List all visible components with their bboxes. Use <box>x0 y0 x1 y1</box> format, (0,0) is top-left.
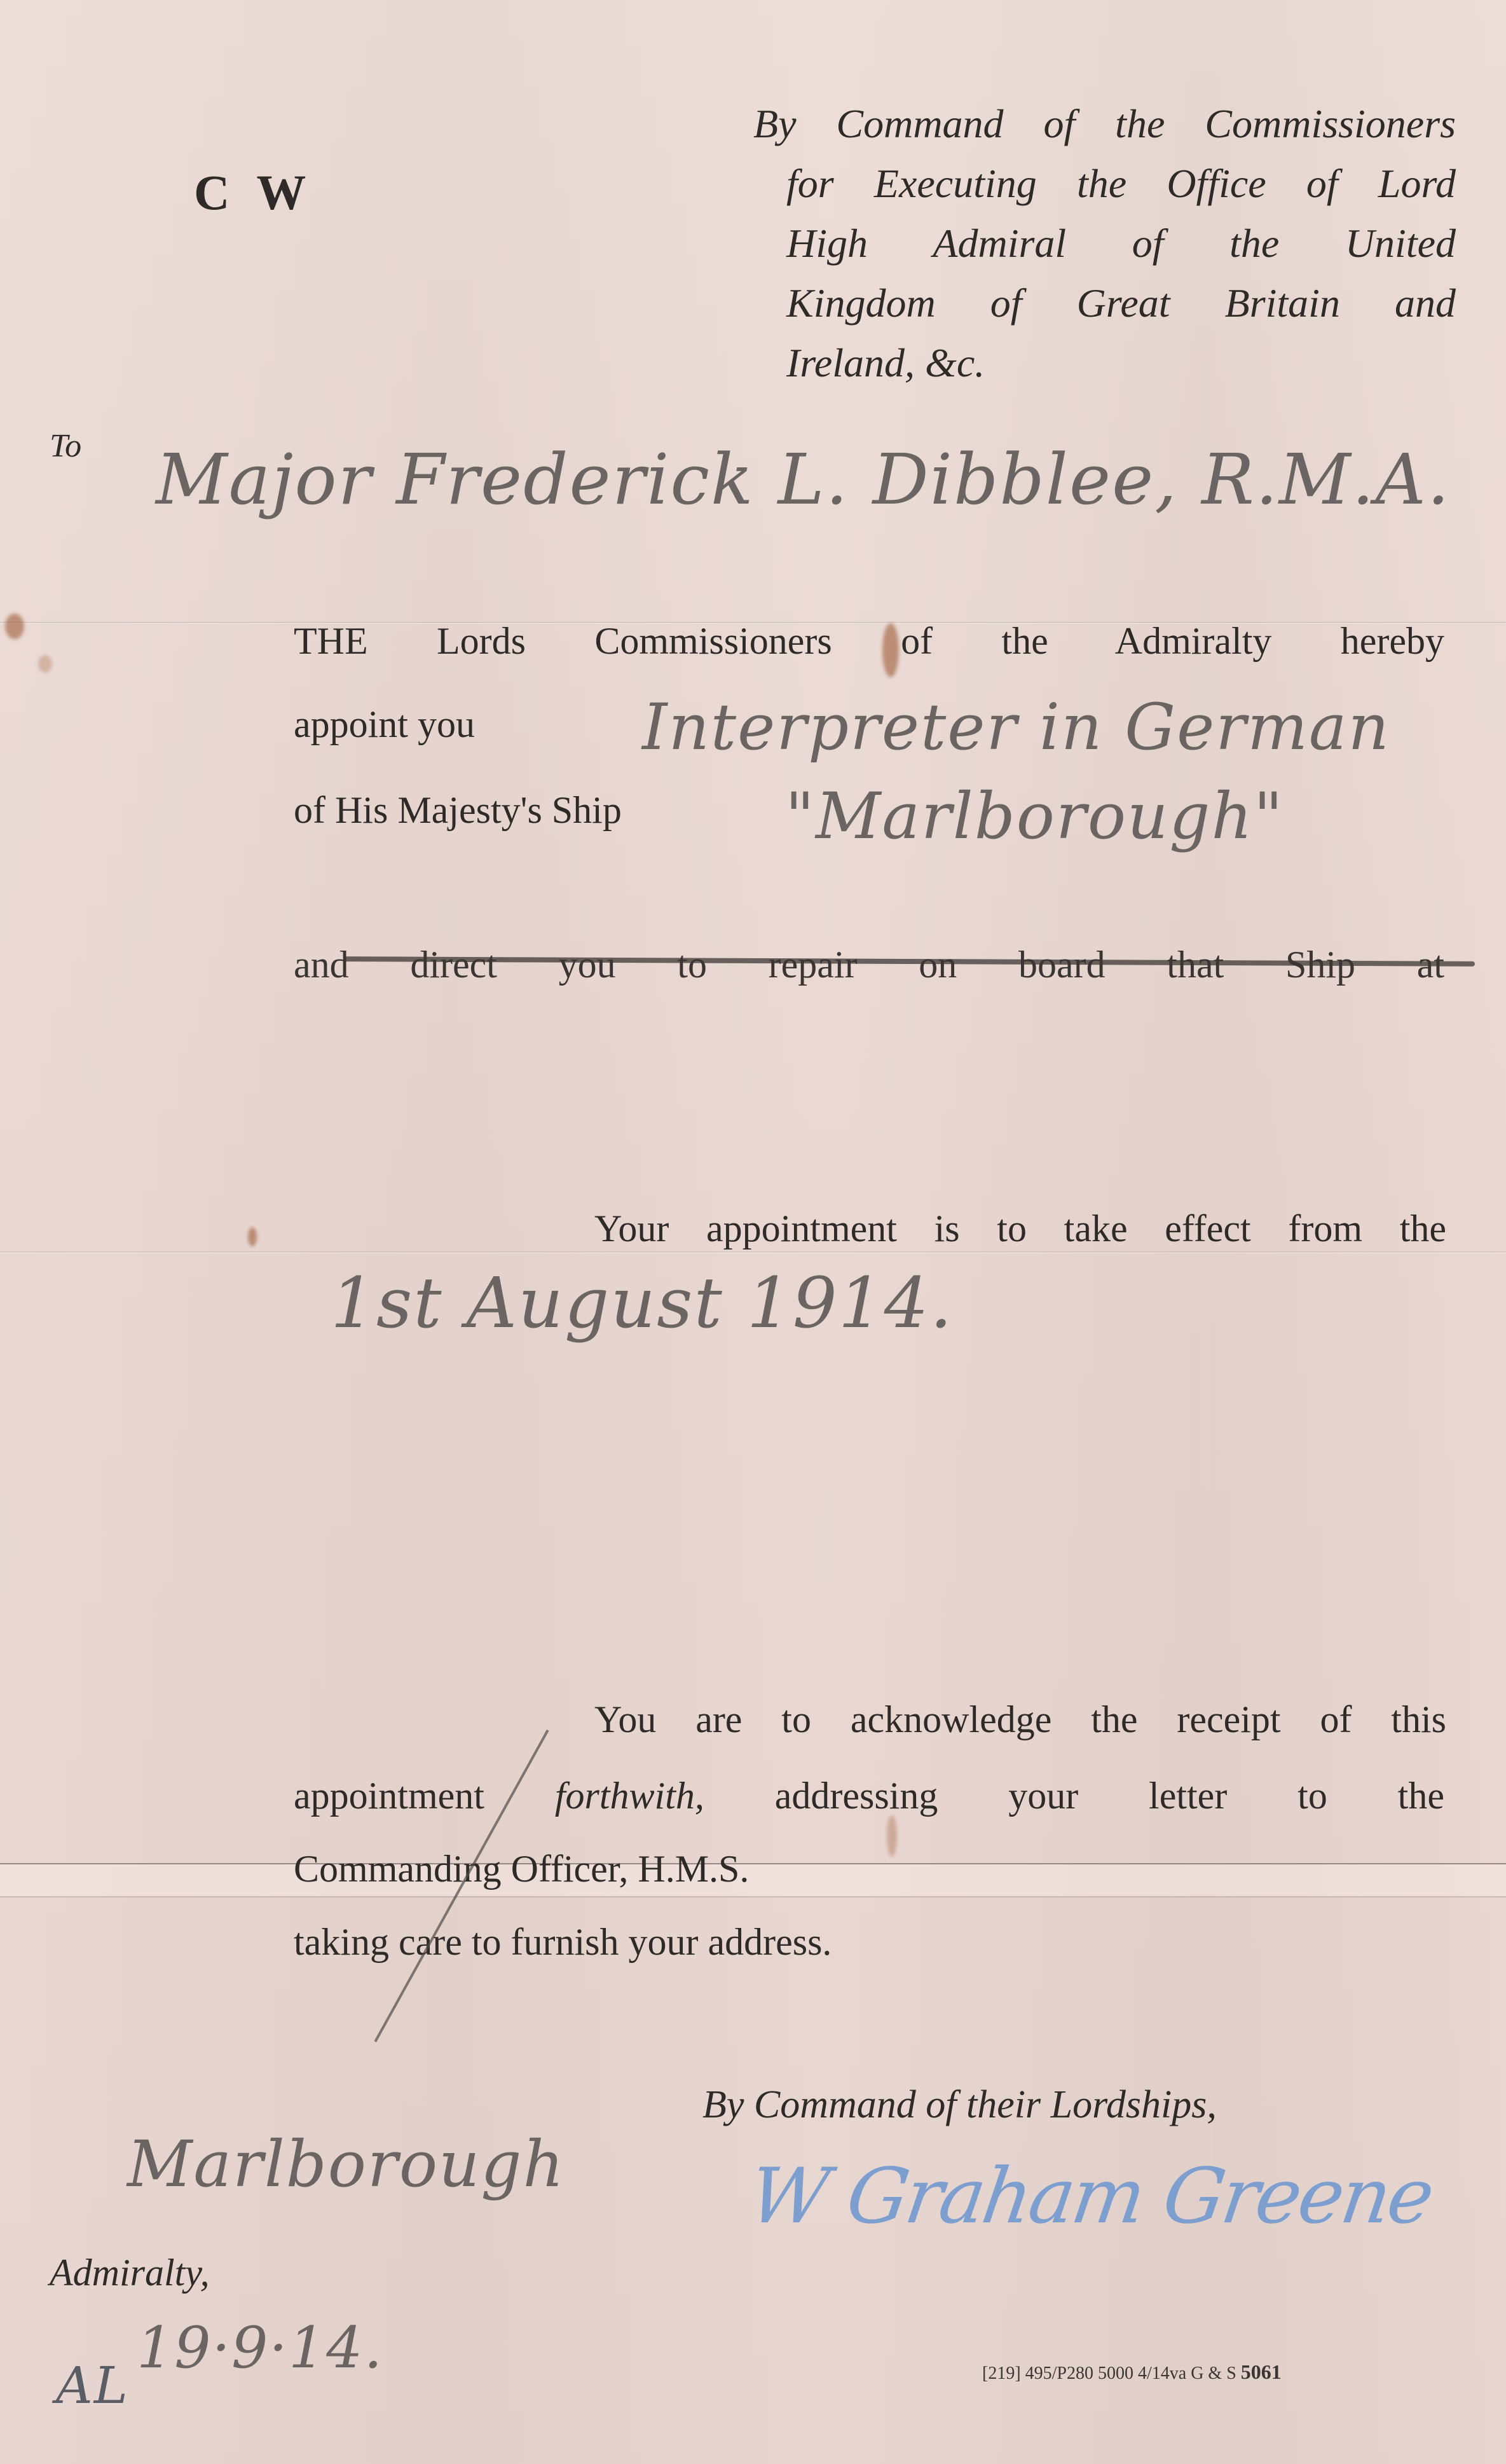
authority-line: High Admiral of the United <box>786 214 1456 273</box>
ship-label: of His Majesty's Ship <box>294 788 622 832</box>
imprint-text: [219] 495/P280 5000 4/14va G & S <box>982 2364 1236 2383</box>
initials: AL <box>56 2356 129 2415</box>
fold-crease <box>0 1863 1506 1864</box>
place-label: Admiralty, <box>50 2251 210 2295</box>
rust-stain <box>887 1815 897 1857</box>
authority-line: By Command of the Commissioners <box>753 94 1456 154</box>
recipient-name: Major Frederick L. Dibblee, R.M.A. <box>156 439 1451 520</box>
office-code: C W <box>194 164 313 221</box>
effective-date: 1st August 1914. <box>331 1262 954 1344</box>
authority-line: for Executing the Office of Lord <box>786 154 1456 214</box>
appoint-label: appoint you <box>294 703 475 747</box>
fold-crease <box>0 1896 1506 1897</box>
signature: W Graham Greene <box>744 2152 1437 2241</box>
rust-stain <box>248 1227 257 1246</box>
rust-stain <box>38 655 52 673</box>
ack-line-3: Commanding Officer, H.M.S. <box>294 1847 749 1891</box>
ack-line-4: taking care to furnish your address. <box>294 1920 832 1964</box>
authority-line: Ireland, &c. <box>786 333 1456 393</box>
ack-text: appointment <box>294 1775 555 1817</box>
fold-crease <box>0 1251 1506 1253</box>
appointment-line: THE Lords Commissioners of the Admiralty… <box>294 619 1444 663</box>
rust-stain <box>5 614 24 639</box>
authority-line: Kingdom of Great Britain and <box>786 273 1456 333</box>
ack-line-2: appointment forthwith, addressing your l… <box>294 1774 1444 1818</box>
printer-imprint: [219] 495/P280 5000 4/14va G & S 5061 <box>982 2360 1282 2384</box>
ack-text: addressing your letter to the <box>704 1775 1444 1817</box>
forthwith-emphasis: forthwith, <box>555 1775 704 1817</box>
ship-name: "Marlborough" <box>785 779 1284 853</box>
form-number: 5061 <box>1241 2360 1282 2383</box>
by-command-closing: By Command of their Lordships, <box>702 2082 1217 2128</box>
fold-band <box>0 1864 1506 1896</box>
ship-annotation: Marlborough <box>127 2127 565 2201</box>
effective-label: Your appointment is to take effect from … <box>594 1207 1446 1251</box>
authority-heading: By Command of the Commissioners for Exec… <box>753 94 1456 393</box>
ack-line-1: You are to acknowledge the receipt of th… <box>594 1698 1446 1742</box>
issue-date: 19·9·14. <box>137 2315 383 2381</box>
to-label: To <box>50 427 81 465</box>
appointment-post: Interpreter in German <box>642 690 1390 764</box>
